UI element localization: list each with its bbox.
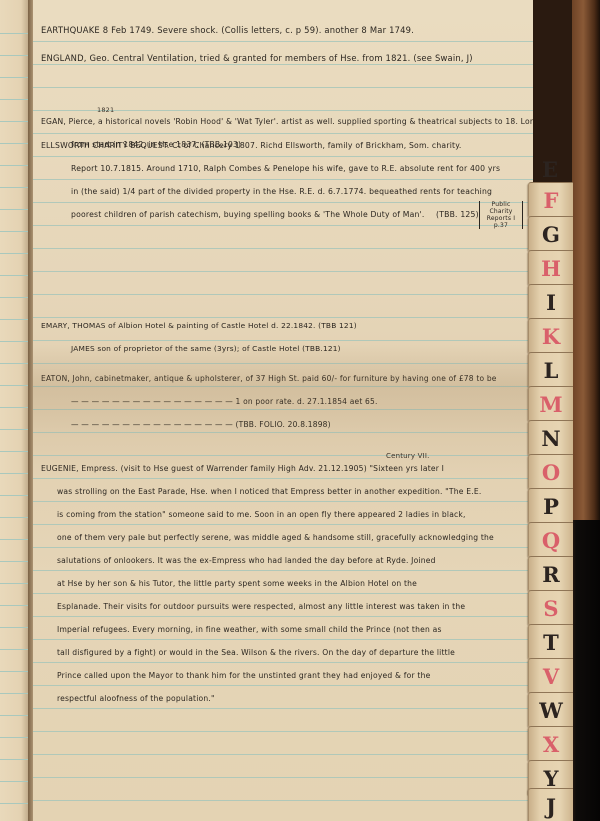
index-tab-k[interactable]: K — [528, 318, 573, 353]
entry-line: tall disfigured by a fight) or would in … — [57, 647, 455, 659]
index-tab-p[interactable]: P — [528, 488, 573, 523]
bracket-note: Public Charity Reports I p.37 — [479, 201, 523, 229]
entry-line: EGAN, Pierce, a historical novels 'Robin… — [41, 116, 533, 128]
index-tab-r[interactable]: R — [528, 556, 573, 591]
entry-line: in (the said) 1/4 part of the divided pr… — [71, 186, 492, 198]
entry-line: poorest children of parish catechism, bu… — [71, 209, 425, 221]
bracket-note-line: Reports I — [483, 215, 519, 222]
entry-line: Imperial refugees. Every morning, in fin… — [57, 624, 442, 636]
index-tab-v[interactable]: V — [528, 658, 573, 693]
entry-line: Prince called upon the Mayor to thank hi… — [57, 670, 430, 682]
entry-line: Report 10.7.1815. Around 1710, Ralph Com… — [71, 163, 500, 175]
superscript-year: 1821 — [97, 106, 114, 114]
entry-line: EMARY, THOMAS of Albion Hotel & painting… — [41, 320, 357, 332]
entry-line: ENGLAND, Geo. Central Ventilation, tried… — [41, 52, 473, 64]
index-tab-x[interactable]: X — [528, 726, 573, 761]
entry-line: — — — — — — — — — — — — — — — — (TBB. FO… — [71, 419, 331, 431]
index-tab-f[interactable]: F — [528, 182, 573, 217]
bracket-note-line: p.37 — [483, 222, 519, 229]
entry-line: Esplanade. Their visits for outdoor purs… — [57, 601, 465, 613]
reference: (TBB. 125) — [436, 209, 479, 221]
index-tab-l[interactable]: L — [528, 352, 573, 387]
entry-line: at Hse by her son & his Tutor, the littl… — [57, 578, 417, 590]
entry-line: was strolling on the East Parade, Hse. w… — [57, 486, 481, 498]
entry-line: respectful aloofness of the population." — [57, 693, 215, 705]
entry-line: salutations of onlookers. It was the ex-… — [57, 555, 436, 567]
index-tab-t[interactable]: T — [528, 624, 573, 659]
index-tab-w[interactable]: W — [528, 692, 573, 727]
entry-line: ELLSWORTH CHARITY BEQUEST. Ct of Chancer… — [41, 140, 462, 152]
entry-line: is coming from the station" someone said… — [57, 509, 466, 521]
index-tab-i[interactable]: I — [528, 284, 573, 319]
index-tab-m[interactable]: M — [528, 386, 573, 421]
index-tab-j[interactable]: J — [528, 788, 573, 821]
entry-line: EUGENIE, Empress. (visit to Hse guest of… — [41, 463, 444, 475]
index-tab-o[interactable]: O — [528, 454, 573, 489]
notebook-page: EARTHQUAKE 8 Feb 1749. Severe shock. (Co… — [33, 0, 533, 821]
index-tab-q[interactable]: Q — [528, 522, 573, 557]
index-tab-e[interactable]: E — [528, 152, 572, 186]
entry-line: JAMES son of proprietor of the same (3yr… — [71, 343, 341, 355]
index-tab-s[interactable]: S — [528, 590, 573, 625]
alphabet-index-tabs: E F G H I K L M N O P Q R S T V W X Y J — [528, 152, 574, 821]
index-tab-n[interactable]: N — [528, 420, 573, 455]
margin-note: Century VII. — [386, 452, 430, 460]
bracket-note-line: Public Charity — [483, 201, 519, 215]
entry-line: EARTHQUAKE 8 Feb 1749. Severe shock. (Co… — [41, 24, 414, 36]
entry-line: — — — — — — — — — — — — — — — — 1 on poo… — [71, 396, 378, 408]
entry-line: one of them very pale but perfectly sere… — [57, 532, 494, 544]
previous-page-edge — [0, 0, 31, 821]
index-tab-h[interactable]: H — [528, 250, 573, 285]
entry-line: EATON, John, cabinetmaker, antique & uph… — [41, 373, 497, 385]
index-tab-g[interactable]: G — [528, 216, 573, 251]
